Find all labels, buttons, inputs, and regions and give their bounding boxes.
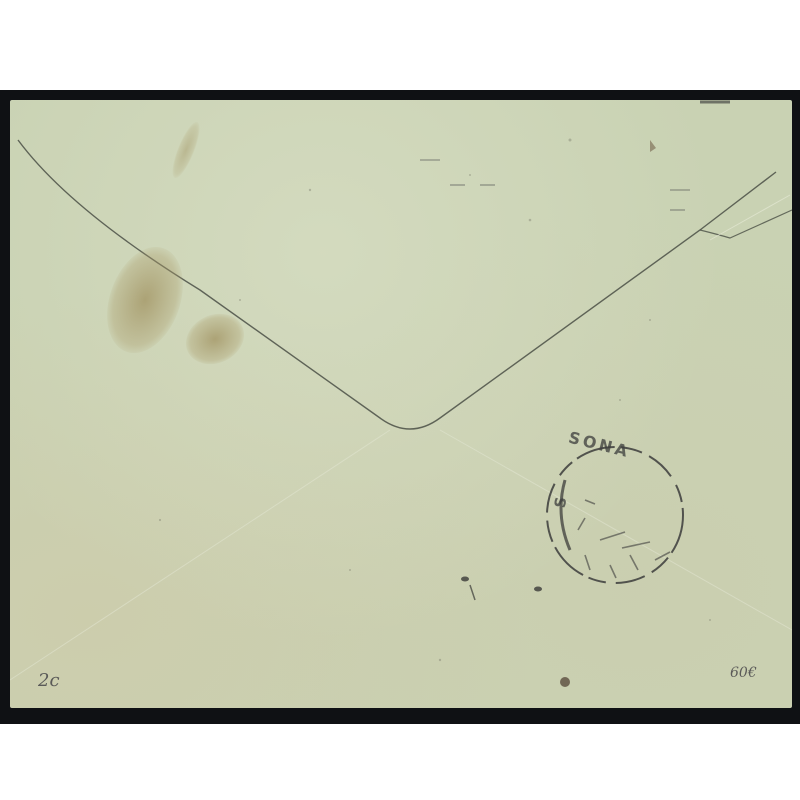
postmark (547, 447, 683, 583)
envelope-back: SONA S 2c 60€ (10, 100, 792, 708)
envelope-flap-lines (10, 100, 792, 708)
pencil-note-bottom-right: 60€ (730, 665, 757, 681)
postmark-left-text: S (551, 493, 571, 510)
pencil-note-bottom-left: 2c (38, 670, 60, 691)
